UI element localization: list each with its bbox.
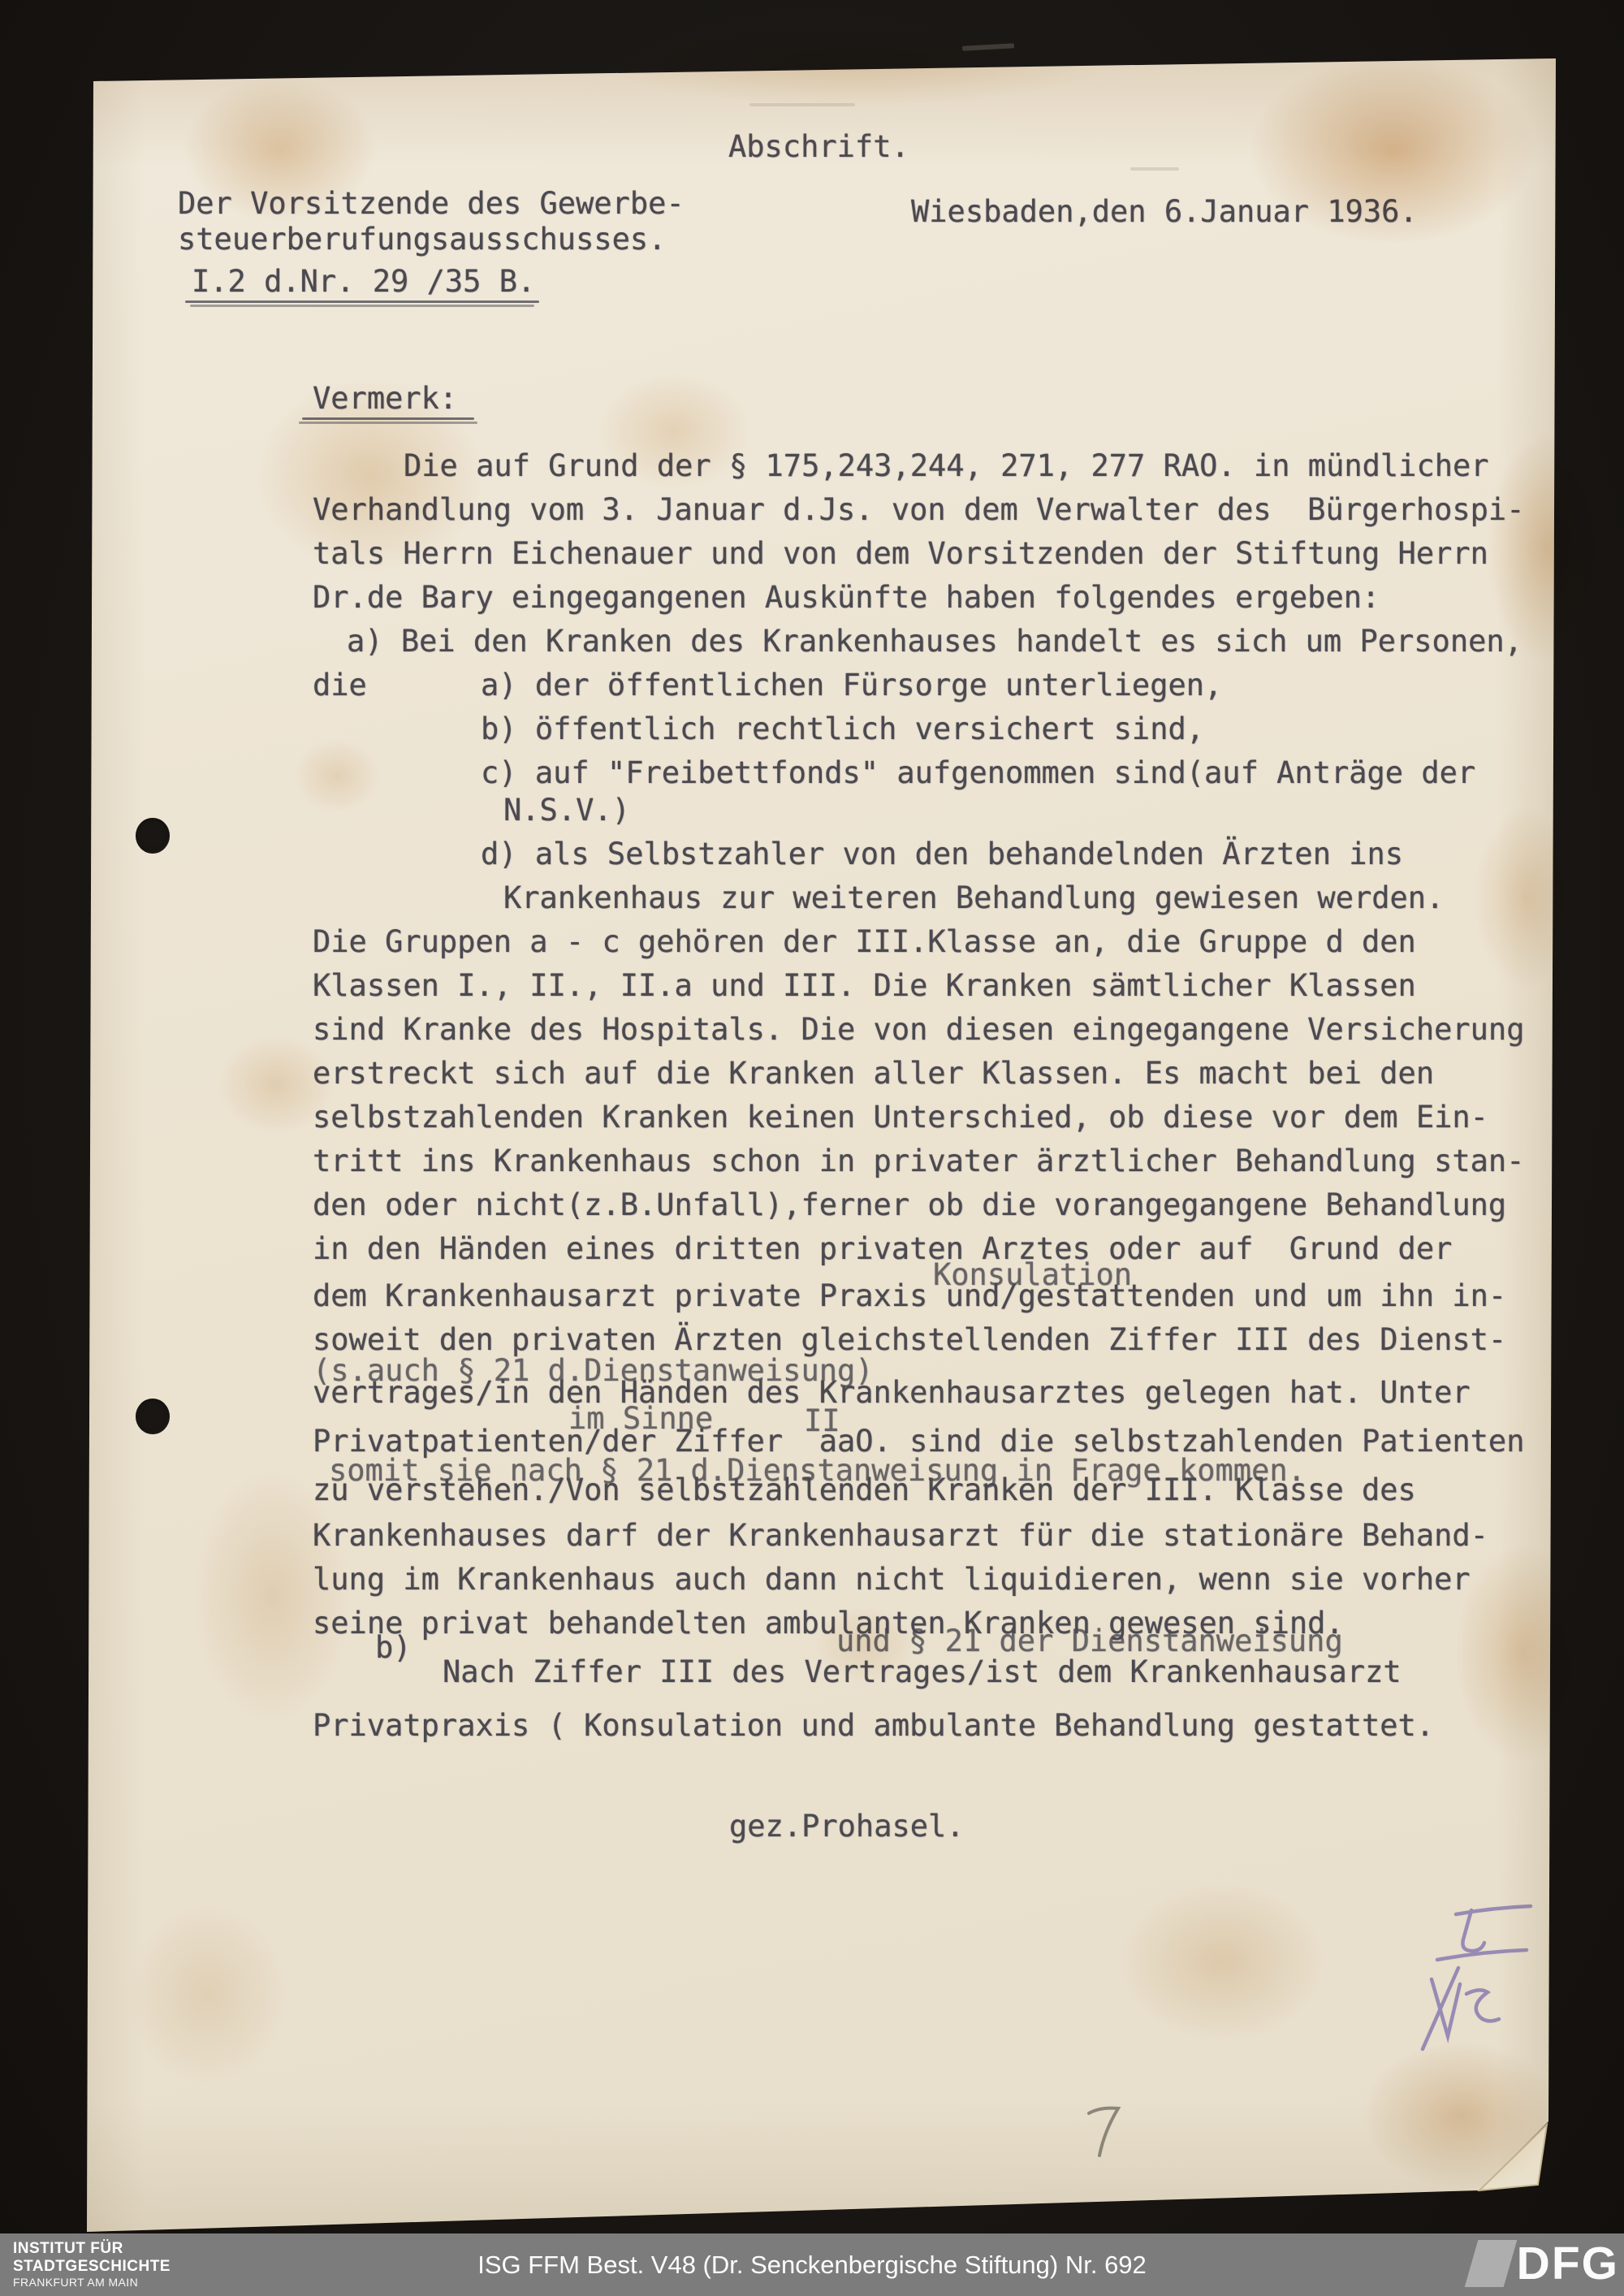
typewritten-line: dem Krankenhausarzt private Praxis und/g… — [313, 1279, 1506, 1314]
typewritten-line: die — [313, 668, 367, 703]
hole-punch-top — [136, 818, 170, 854]
typewritten-line: a) Bei den Kranken des Krankenhauses han… — [347, 625, 1522, 659]
typewritten-line: b) — [375, 1631, 412, 1666]
typewritten-line: Privatpraxis ( Konsulation und ambulante… — [313, 1709, 1434, 1744]
sender-line-1: Der Vorsitzende des Gewerbe- — [178, 187, 685, 222]
copy-heading: Abschrift. — [728, 130, 909, 165]
typewritten-line: sind Kranke des Hospitals. Die von diese… — [313, 1013, 1524, 1048]
typewritten-line: Klassen I., II., II.a und III. Die Krank… — [313, 969, 1416, 1004]
typewritten-line: Dr.de Bary eingegangenen Auskünfte haben… — [313, 581, 1380, 616]
institute-line-3: FRANKFURT AM MAIN — [13, 2277, 171, 2288]
typewritten-line: N.S.V.) — [503, 793, 630, 828]
subject-underline — [302, 417, 474, 420]
dfg-logo: DFG — [1471, 2240, 1619, 2287]
typewritten-line: vertrages/in den Händen des Krankenhausa… — [313, 1376, 1471, 1411]
typewritten-line: b) öffentlich rechtlich versichert sind, — [481, 712, 1204, 747]
typewritten-line: lung im Krankenhaus auch dann nicht liqu… — [313, 1563, 1471, 1598]
smudge-mark — [749, 103, 855, 106]
typewritten-line: zu verstehen./Von selbstzahlenden Kranke… — [313, 1473, 1416, 1508]
file-reference: I.2 d.Nr. 29 /35 B. — [192, 265, 535, 300]
subject-heading: Vermerk: — [313, 382, 457, 417]
scanned-document-page: Abschrift. Der Vorsitzende des Gewerbe- … — [0, 0, 1624, 2296]
file-reference-underline-2 — [190, 305, 534, 307]
hole-punch-bottom — [136, 1399, 170, 1434]
typewritten-line: erstreckt sich auf die Kranken aller Kla… — [313, 1057, 1434, 1092]
file-reference-underline — [185, 301, 539, 303]
institute-line-2: STADTGESCHICHTE — [13, 2259, 171, 2274]
typewritten-line: Verhandlung vom 3. Januar d.Js. von dem … — [313, 493, 1524, 528]
typewritten-line: tals Herrn Eichenauer und von dem Vorsit… — [313, 537, 1488, 572]
institute-logo-text: INSTITUT FÜR STADTGESCHICHTE FRANKFURT A… — [13, 2241, 171, 2288]
typewritten-line: den oder nicht(z.B.Unfall),ferner ob die… — [313, 1188, 1506, 1223]
typewritten-line: Krankenhauses darf der Krankenhausarzt f… — [313, 1519, 1488, 1554]
sender-line-2: steuerberufungsausschusses. — [178, 223, 666, 257]
dateline: Wiesbaden,den 6.Januar 1936. — [911, 195, 1418, 230]
subject-underline-2 — [299, 422, 477, 424]
footer-bar: INSTITUT FÜR STADTGESCHICHTE FRANKFURT A… — [0, 2233, 1624, 2296]
smudge-mark — [962, 43, 1014, 50]
archive-reference-label: ISG FFM Best. V48 (Dr. Senckenbergische … — [477, 2251, 1147, 2280]
dfg-logo-text: DFG — [1517, 2240, 1619, 2287]
typewritten-line: Die Gruppen a - c gehören der III.Klasse… — [313, 925, 1416, 960]
typewritten-line: d) als Selbstzahler von den behandelnden… — [481, 837, 1403, 872]
typewritten-line: a) der öffentlichen Fürsorge unterliegen… — [481, 668, 1222, 703]
typewritten-line: Krankenhaus zur weiteren Behandlung gewi… — [503, 881, 1444, 916]
typewritten-line: Nach Ziffer III des Vertrages/ist dem Kr… — [443, 1655, 1402, 1690]
typewritten-line: in den Händen eines dritten privaten Arz… — [313, 1232, 1452, 1267]
signature-line: gez.Prohasel. — [729, 1810, 965, 1844]
dfg-logo-wedge — [1464, 2240, 1517, 2287]
smudge-mark — [1130, 167, 1179, 171]
typewritten-line: Die auf Grund der § 175,243,244, 271, 27… — [404, 449, 1489, 484]
typewritten-line: tritt ins Krankenhaus schon in privater … — [313, 1144, 1524, 1179]
typewritten-line: selbstzahlenden Kranken keinen Unterschi… — [313, 1100, 1488, 1135]
institute-line-1: INSTITUT FÜR — [13, 2241, 171, 2256]
typewritten-line: c) auf "Freibettfonds" aufgenommen sind(… — [481, 756, 1475, 791]
